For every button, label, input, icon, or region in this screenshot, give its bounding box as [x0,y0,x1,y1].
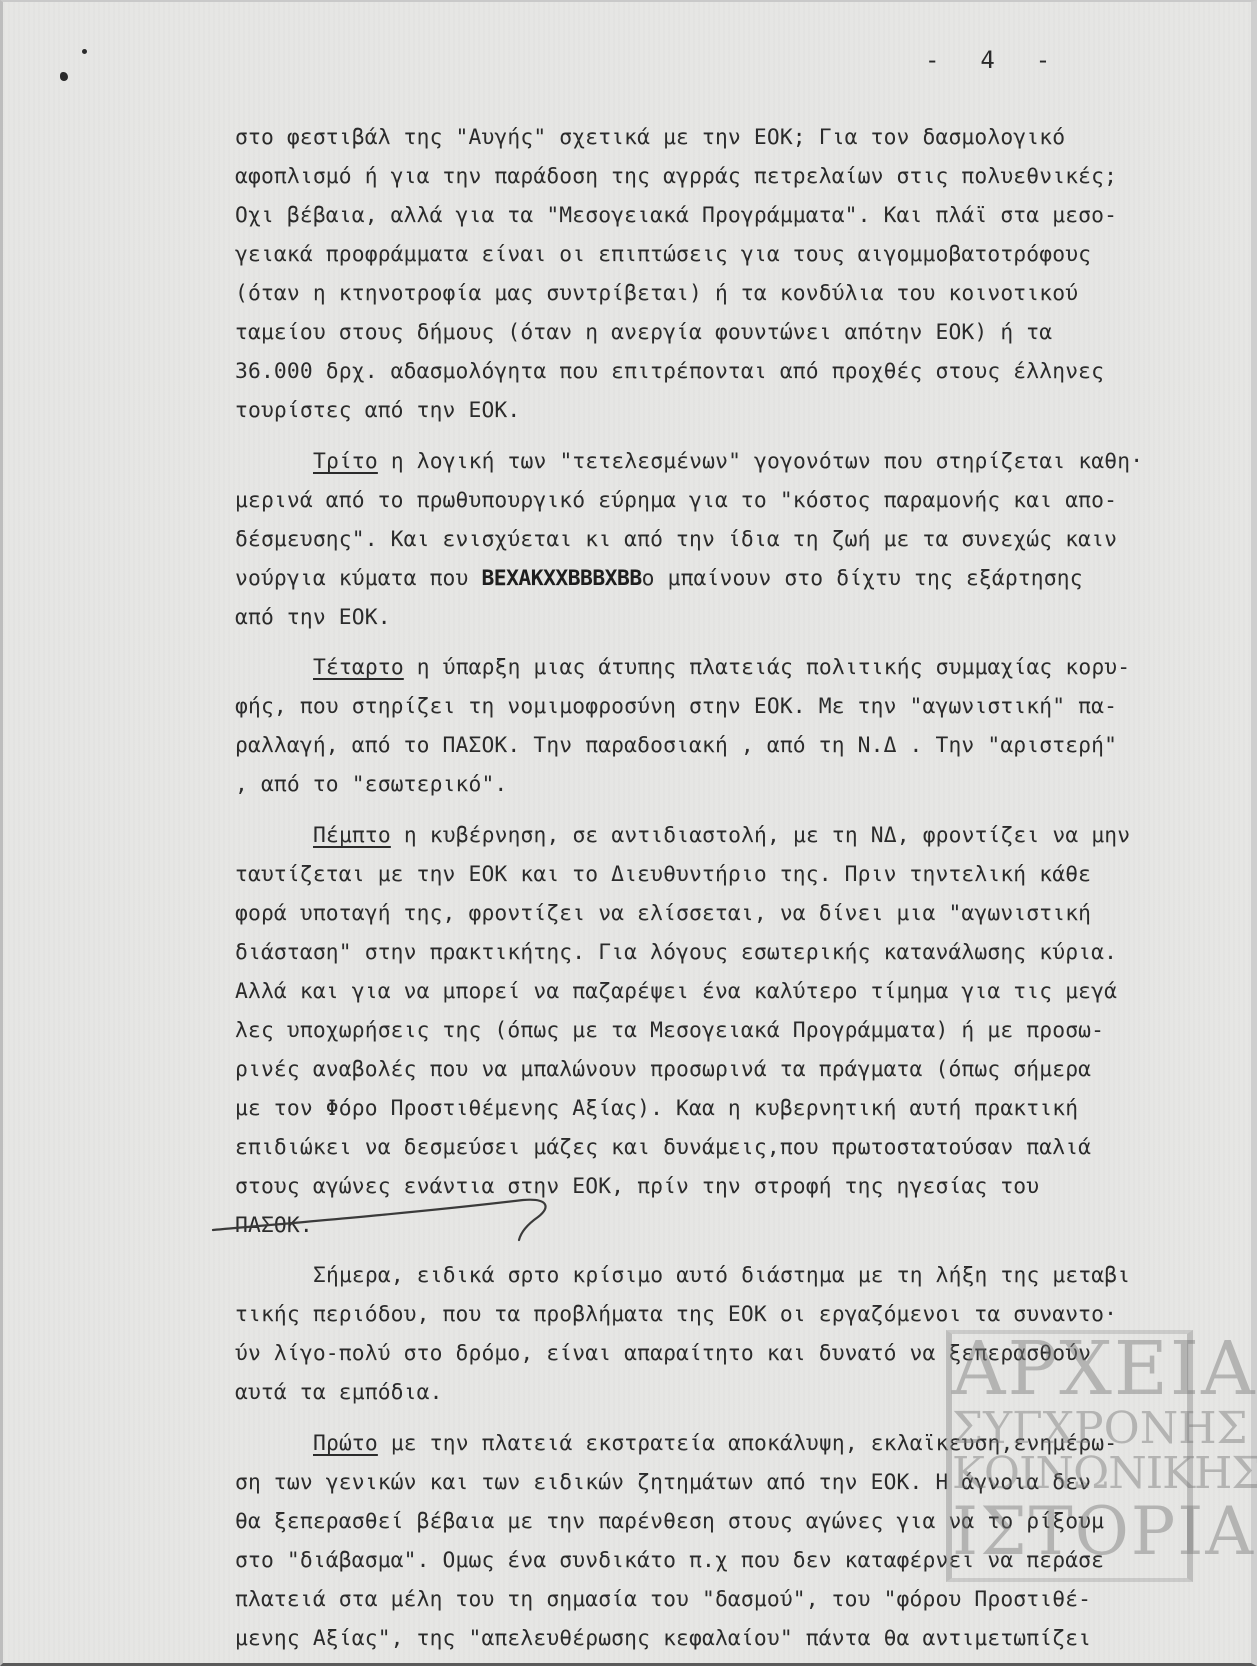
text-line: 36.000 δρχ. αδασμολόγητα που επιτρέποντα… [235,358,1104,386]
struck-out-text: ΒΕΧΑΚΧΧΒΒΒΧΒΒ [481,566,641,591]
heading-fifth: Πέμπτο [313,823,391,848]
text-line: γειακά προφράμματα είναι οι επιπτώσεις γ… [235,241,1091,269]
text-line: τουρίστες από την ΕΟΚ. [235,397,520,425]
text-line: Αλλά και για να μπορεί να παζαρέψει ένα … [235,978,1117,1006]
text-line: μερινά από το πρωθυπουργικό εύρημα για τ… [235,487,1117,515]
paragraph-first: Πρώτο με την πλατειά εκστρατεία αποκάλυψ… [313,1430,1117,1458]
paragraph-fifth: Πέμπτο η κυβέρνηση, σε αντιδιαστολή, με … [313,822,1130,850]
text-line: ταυτίζεται με την ΕΟΚ και το Διευθυντήρι… [235,861,1091,889]
text-line: , από το "εσωτερικό". [235,771,507,799]
text-line: αφοπλισμό ή για την παράδοση της αγρράς … [235,163,1117,191]
text-line: ση των γενικών και των ειδικών ζητημάτων… [235,1469,1091,1497]
text-line: ταμείου στους δήμους (όταν η ανεργία φου… [235,319,1052,347]
text-line: φορά υποταγή της, φροντίζει να ελίσσεται… [235,900,1091,928]
paragraph-third: Τρίτο η λογική των "τετελεσμένων" γογονό… [313,448,1143,476]
text-line: τικής περιόδου, που τα προβλήματα της ΕΟ… [235,1301,1117,1329]
text-line: πλατειά στα μέλη του τη σημασία του "δασ… [235,1586,1091,1614]
heading-first: Πρώτο [313,1431,378,1456]
text-line: (όταν η κτηνοτροφία μας συντρίβεται) ή τ… [235,280,1078,308]
scanned-page: - 4 - στο φεστιβάλ της "Αυγής" σχετικά μ… [0,0,1257,1666]
text-line: Οχι βέβαια, αλλά για τα "Μεσογειακά Προγ… [235,202,1117,230]
text-line: θα ξεπερασθεί βέβαια με την παρένθεση στ… [235,1508,1104,1536]
text-line: στο φεστιβάλ της "Αυγής" σχετικά με την … [235,124,1065,152]
text-line: μενης Αξίας", της "απελευθέρωσης κεφαλαί… [235,1625,1091,1653]
text-line: λες υποχωρήσεις της (όπως με τα Μεσογεια… [235,1017,1104,1045]
text-line: με τον Φόρο Προστιθέμενης Αξίας). Καα η … [235,1095,1078,1123]
scan-speck [60,72,68,81]
text-line: ραλλαγή, από το ΠΑΣΟΚ. Την παραδοσιακή ,… [235,732,1117,760]
text-line: ύν λίγο-πολύ στο δρόμο, είναι απαραίτητο… [235,1340,1091,1368]
text-line: στο "διάβασμα". Ομως ένα συνδικάτο π.χ π… [235,1547,1104,1575]
text-line: αυτά τα εμπόδια. [235,1379,443,1407]
text-line: νούργια κύματα που ΒΕΧΑΚΧΧΒΒΒΧΒΒο μπαίνο… [235,565,1083,593]
scan-speck [82,49,87,54]
text-line: ρινές αναβολές που να μπαλώνουν προσωριν… [235,1056,1091,1084]
text-line: ΠΑΣΟΚ. [235,1212,313,1240]
paragraph-fourth: Τέταρτο η ύπαρξη μιας άτυπης πλατειάς πο… [313,654,1130,682]
text-line: φής, που στηρίζει τη νομιμοφροσύνη στην … [235,693,1117,721]
text-line: στους αγώνες ενάντια στην ΕΟΚ, πρίν την … [235,1173,1039,1201]
text-line: δέσμευσης". Και ενισχύεται κι από την ίδ… [235,526,1117,554]
text-line: επιδιώκει να δεσμεύσει μάζες και δυνάμει… [235,1134,1091,1162]
page-number: - 4 - [925,46,1054,74]
heading-third: Τρίτο [313,449,378,474]
heading-fourth: Τέταρτο [313,655,404,680]
text-line: από την ΕΟΚ. [235,604,391,632]
text-line: διάσταση" στην πρακτικήτης. Για λόγους ε… [235,939,1117,967]
paragraph-today: Σήμερα, ειδικά σρτο κρίσιμο αυτό διάστημ… [313,1262,1130,1290]
